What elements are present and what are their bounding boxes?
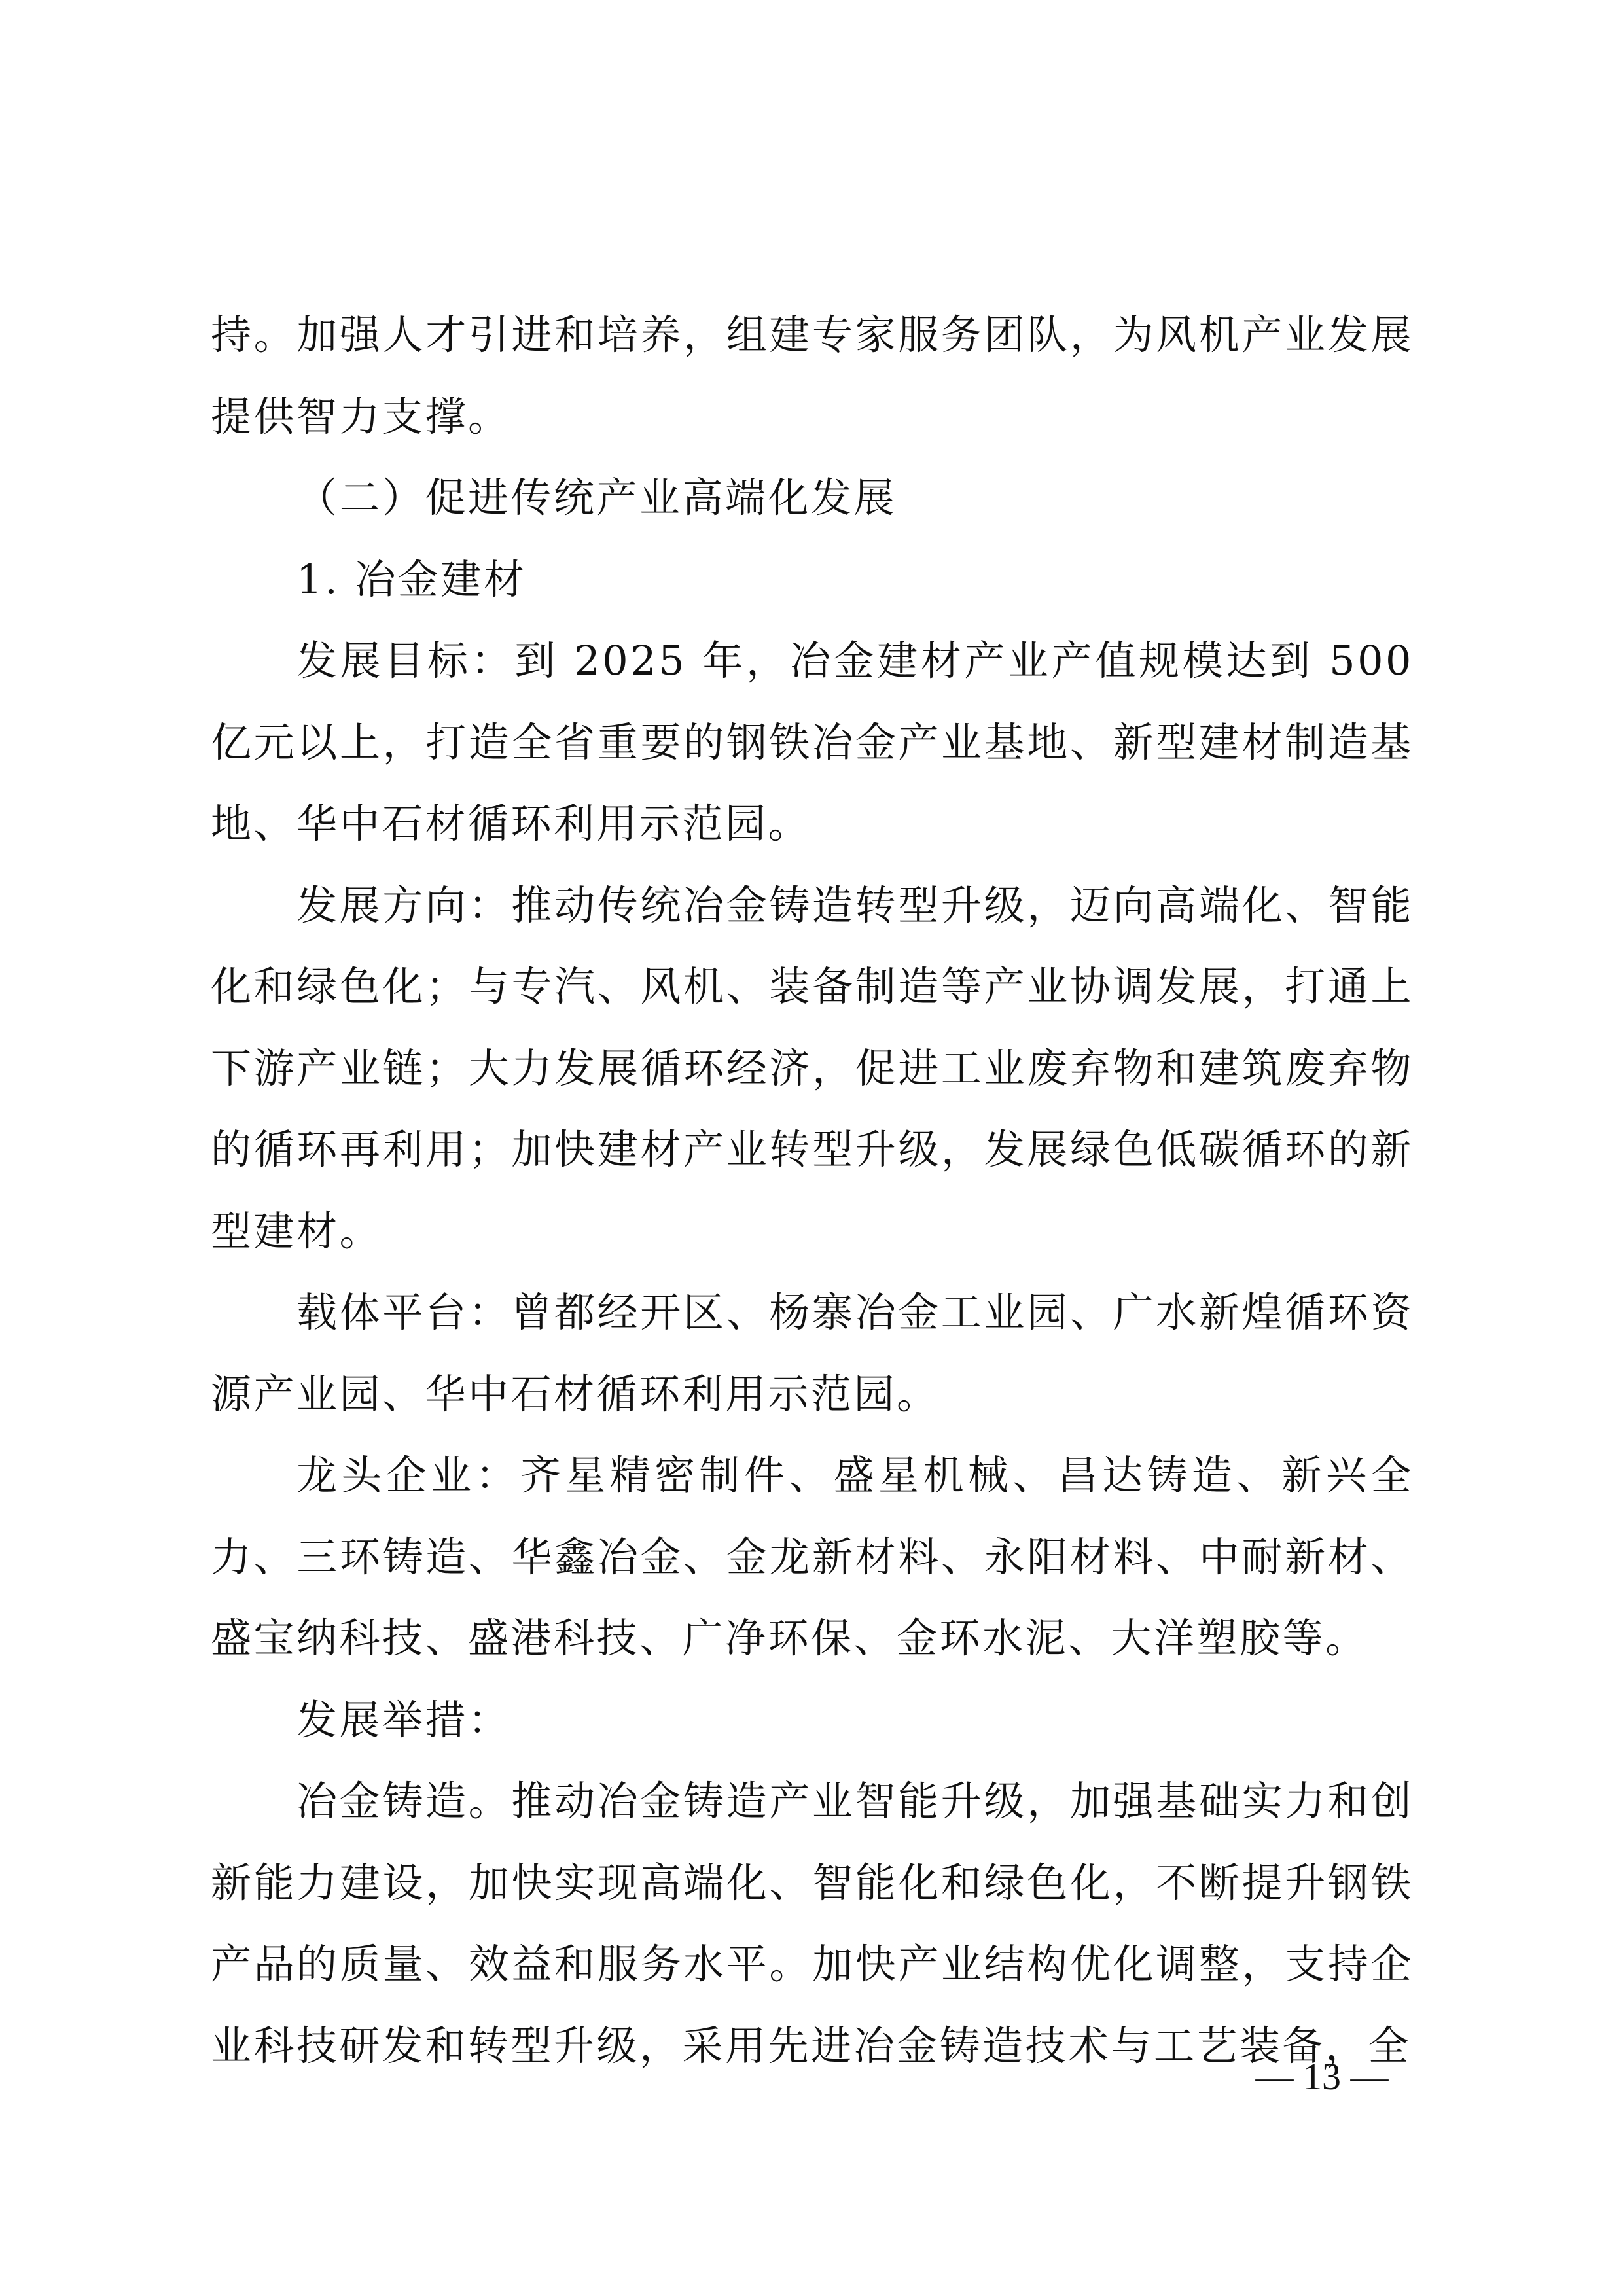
section-heading: （二）促进传统产业高端化发展	[211, 457, 1414, 539]
document-page: 持。加强人才引进和培养，组建专家服务团队，为风机产业发展提供智力支撑。 （二）促…	[0, 0, 1623, 2296]
paragraph-development-goal: 发展目标：到 2025 年，冶金建材产业产值规模达到 500 亿元以上，打造全省…	[211, 620, 1414, 865]
paragraph-development-direction: 发展方向：推动传统冶金铸造转型升级，迈向高端化、智能化和绿色化；与专汽、风机、装…	[211, 865, 1414, 1273]
body-text: 持。加强人才引进和培养，组建专家服务团队，为风机产业发展提供智力支撑。 （二）促…	[211, 294, 1414, 2087]
subsection-heading: 1. 冶金建材	[211, 539, 1414, 621]
paragraph-leading-enterprises: 龙头企业：齐星精密制件、盛星机械、昌达铸造、新兴全力、三环铸造、华鑫冶金、金龙新…	[211, 1435, 1414, 1680]
paragraph-measures-label: 发展举措：	[211, 1680, 1414, 1761]
paragraph-carrier-platform: 载体平台：曾都经开区、杨寨冶金工业园、广水新煌循环资源产业园、华中石材循环利用示…	[211, 1272, 1414, 1435]
page-number: — 13 —	[1243, 2055, 1400, 2098]
paragraph-continuation: 持。加强人才引进和培养，组建专家服务团队，为风机产业发展提供智力支撑。	[211, 294, 1414, 457]
paragraph-metallurgy-casting: 冶金铸造。推动冶金铸造产业智能升级，加强基础实力和创新能力建设，加快实现高端化、…	[211, 1761, 1414, 2087]
